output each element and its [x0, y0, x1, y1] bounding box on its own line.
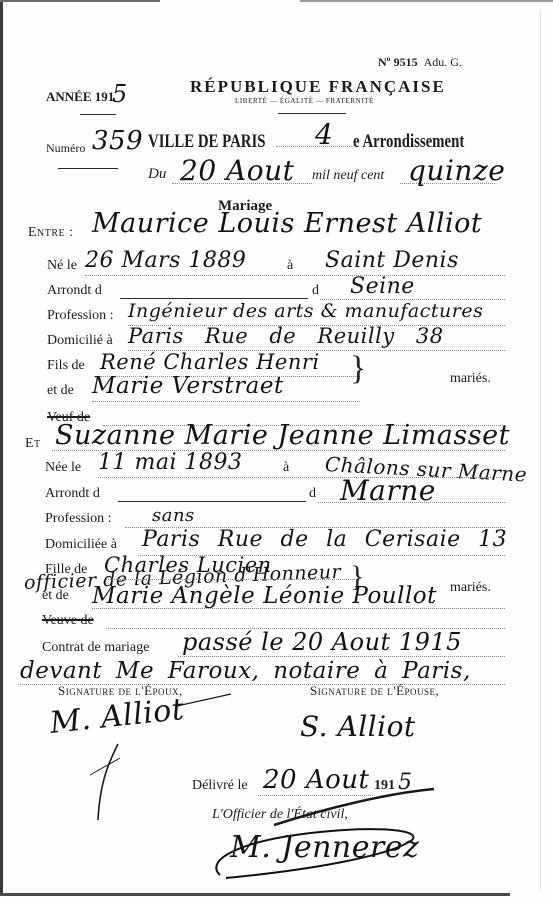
arrondissement-dots — [276, 146, 352, 147]
groom-profession: Ingénieur des arts & manufactures — [128, 300, 483, 322]
bride-father-dots — [104, 579, 359, 580]
groom-dept-label: d — [312, 283, 319, 299]
scan-edge-top — [0, 0, 160, 2]
bride-arrond-blank — [118, 501, 306, 502]
bride-mother-dots — [92, 608, 505, 609]
bride-name: Suzanne Marie Jeanne Limasset — [55, 420, 510, 451]
arrondissement-label: e Arrondissement — [353, 131, 464, 153]
bride-born-dots — [98, 477, 505, 478]
contract-label: Contrat de mariage — [42, 640, 149, 656]
groom-father: René Charles Henri — [100, 350, 320, 374]
bride-and-of-label: et de — [42, 588, 69, 604]
year-underline — [80, 114, 116, 115]
form-code: Adu. G. — [424, 55, 462, 69]
arrondissement-value: 4 — [315, 118, 333, 151]
groom-profession-label: Profession : — [47, 308, 114, 324]
bride-dept-dots — [318, 502, 505, 503]
delivery-label-text: Délivré le — [192, 778, 248, 793]
republic-title: RÉPUBLIQUE FRANÇAISE — [190, 77, 446, 97]
officer-signature: M. Jennerez — [230, 830, 419, 865]
bride-birth-date: 11 mai 1893 — [98, 450, 242, 475]
entre-label: Entre : — [28, 225, 74, 241]
groom-birth-date: 26 Mars 1889 — [85, 248, 246, 273]
bride-at-label: à — [283, 460, 289, 476]
groom-born-dots — [85, 275, 505, 276]
groom-domicile-label: Domicilié à — [47, 333, 113, 349]
groom-arrond-label: Arrondt d — [47, 283, 102, 299]
numero-flourish — [58, 168, 118, 169]
year-label: ANNÉE 191 — [46, 89, 114, 105]
bride-mother: Marie Angèle Léonie Poullot — [92, 583, 437, 609]
delivery-label: Délivré le — [192, 778, 248, 794]
bride-born-label: Née le — [45, 460, 81, 476]
numero-value: 359 — [92, 126, 143, 156]
bride-signature: S. Alliot — [300, 710, 416, 743]
groom-mother: Marie Verstraet — [92, 373, 284, 399]
groom-birth-place: Saint Denis — [325, 248, 459, 273]
form-number-value: Nº 9515 — [378, 55, 418, 69]
scan-edge-top-right — [300, 0, 553, 2]
year-prefix: mil neuf cent — [312, 168, 384, 184]
bride-domicile: Paris Rue de la Cerisaie 13 — [142, 527, 507, 552]
signature-flourish — [80, 740, 160, 830]
signature-stroke — [175, 690, 235, 710]
groom-and-of-label: et de — [47, 383, 74, 399]
contract-line-1-dots — [178, 656, 505, 657]
groom-arrond-blank — [120, 298, 308, 299]
groom-married-label: mariés. — [450, 371, 491, 387]
bride-married-label: mariés. — [450, 580, 491, 596]
groom-domicile: Paris Rue de Reuilly 38 — [128, 324, 444, 348]
groom-brace: } — [350, 350, 366, 388]
groom-mother-dots — [92, 401, 360, 402]
groom-department: Seine — [350, 274, 415, 299]
groom-born-label: Né le — [47, 258, 77, 274]
bride-domicile-label: Domiciliée à — [45, 537, 117, 553]
scan-edge-left — [0, 0, 3, 895]
widow-label: Veuve de — [42, 613, 94, 629]
groom-at-label: à — [287, 258, 293, 274]
bride-dept-label: d — [309, 486, 316, 502]
header-rule — [278, 113, 346, 114]
year-handwritten: 5 — [112, 80, 128, 108]
bride-profession: sans — [152, 505, 195, 526]
year-words: quinze — [408, 154, 505, 187]
contract-line-2: devant Me Faroux, notaire à Paris, — [20, 658, 471, 684]
contract-line-1: passé le 20 Aout 1915 — [182, 628, 462, 656]
groom-signature: M. Alliot — [48, 692, 186, 741]
bride-signature-label: Signature de l'Épouse, — [310, 683, 439, 699]
groom-son-of-label: Fils de — [47, 358, 85, 374]
scan-edge-right — [540, 10, 541, 890]
date-prefix: Du — [148, 166, 166, 183]
bride-arrond-label: Arrondt d — [45, 486, 100, 502]
bride-profession-label: Profession : — [45, 511, 112, 527]
numero-label: Numéro — [46, 141, 85, 156]
date-dots — [172, 183, 312, 184]
form-number: Nº 9515 Adu. G. — [378, 55, 462, 70]
bride-et-label: Et — [25, 436, 41, 452]
motto: LIBERTÉ — ÉGALITÉ — FRATERNITÉ — [235, 97, 374, 105]
city-label: VILLE DE PARIS — [148, 131, 265, 153]
groom-name: Maurice Louis Ernest Alliot — [92, 208, 482, 239]
marriage-certificate: Nº 9515 Adu. G. ANNÉE 191 5 RÉPUBLIQUE F… — [0, 0, 553, 900]
